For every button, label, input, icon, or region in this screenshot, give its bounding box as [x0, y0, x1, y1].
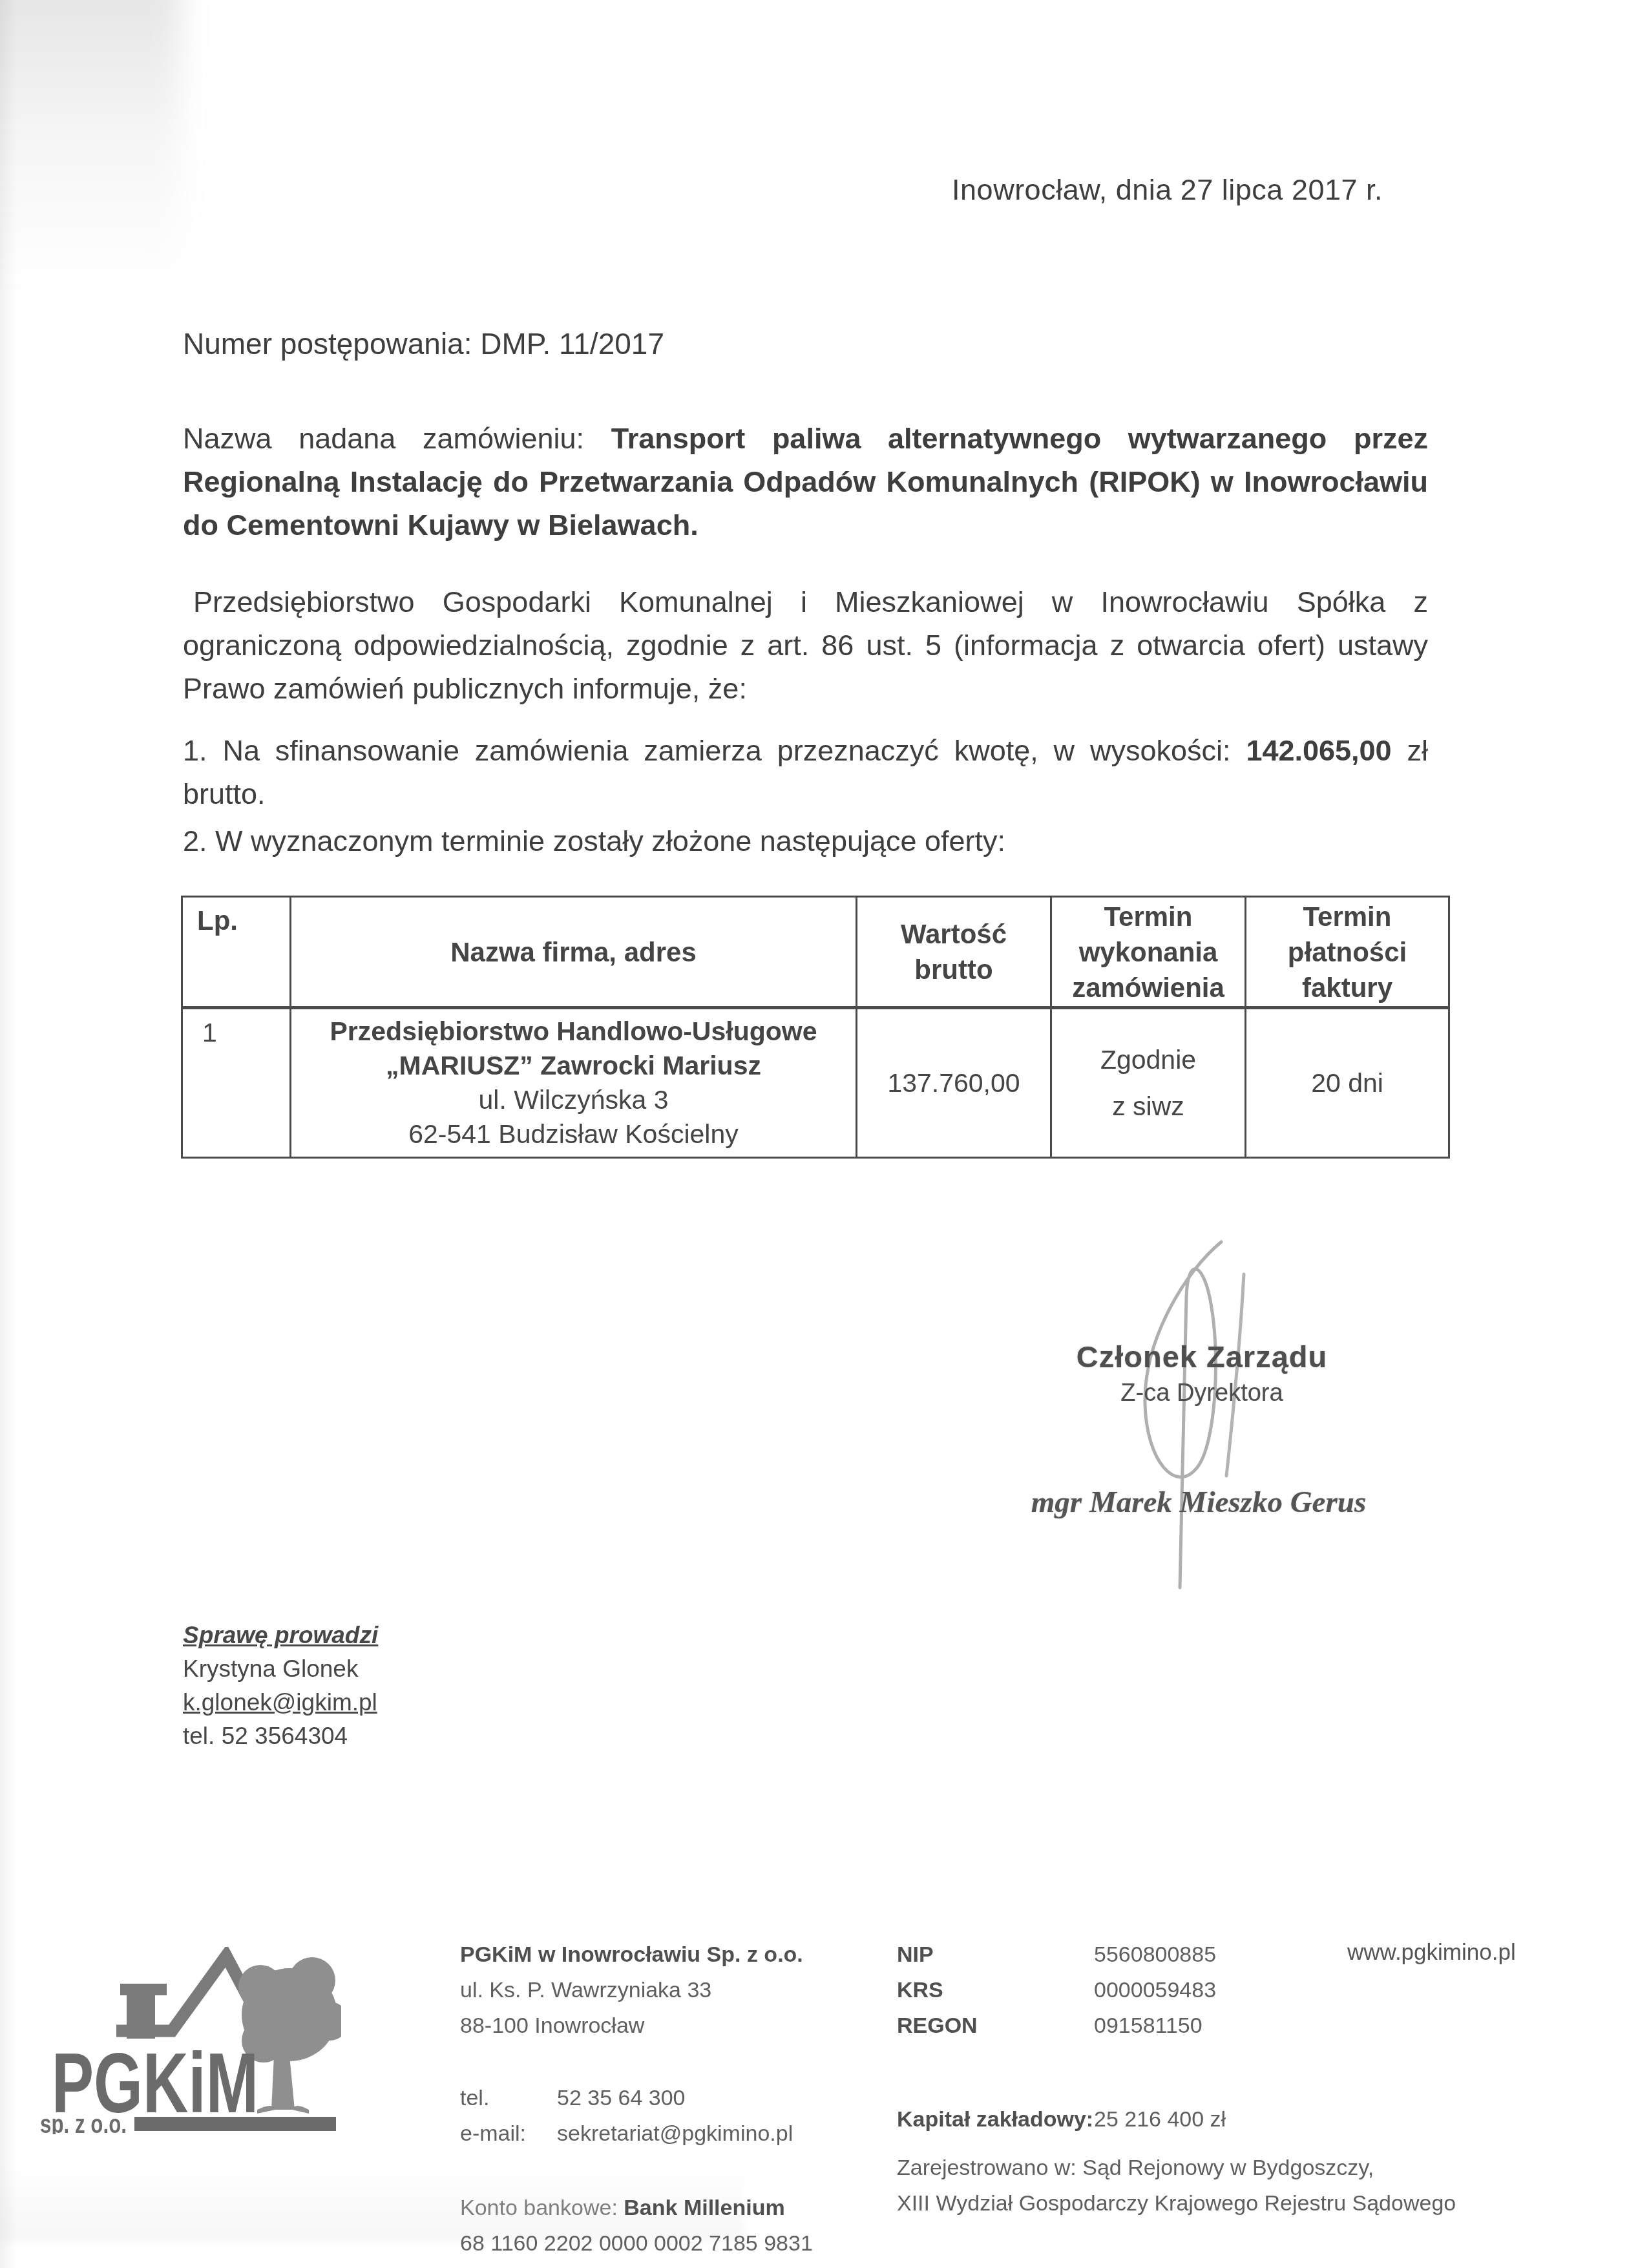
handwritten-signature — [1124, 1235, 1331, 1597]
scanned-letter-page: Inowrocław, dnia 27 lipca 2017 r. Numer … — [0, 0, 1649, 2268]
offers-table: Lp. Nazwa firma, adres Wartość brutto Te… — [181, 896, 1450, 1159]
stamp-subtitle: Z-ca Dyrektora — [1066, 1380, 1338, 1407]
logo-bar — [134, 2117, 336, 2131]
footer-spacer — [897, 2137, 1491, 2150]
header-payment-term: Termin płatności faktury — [1246, 897, 1449, 1008]
house-icon — [116, 1956, 260, 2039]
footer-email-value: sekretariat@pgkimino.pl — [557, 2116, 793, 2152]
point-2-paragraph: 2. W wyznaczonym terminie zostały złożon… — [183, 819, 1428, 863]
header-completion-term-line3: zamówienia — [1052, 970, 1245, 1005]
offer-company-address: Przedsiębiorstwo Handlowo-Usługowe „MARI… — [291, 1008, 857, 1158]
footer-spacer — [897, 2044, 1491, 2102]
header-completion-term: Termin wykonania zamówienia — [1051, 897, 1246, 1008]
intro-paragraph: Przedsiębiorstwo Gospodarki Komunalnej i… — [183, 580, 1428, 710]
footer-address-column: PGKiM w Inowrocławiu Sp. z o.o. ul. Ks. … — [460, 1937, 887, 2262]
offer-company-street: ul. Wilczyńska 3 — [291, 1083, 856, 1117]
header-company-line: Nazwa firma, adres — [291, 934, 856, 970]
case-officer-email: k.glonek@igkim.pl — [183, 1686, 378, 1719]
header-company: Nazwa firma, adres — [291, 897, 857, 1008]
offer-lp: 1 — [182, 1008, 291, 1158]
signer-name-stamp: mgr Marek Mieszko Gerus — [1027, 1485, 1370, 1520]
footer-registered-line2: XIII Wydział Gospodarczy Krajowego Rejes… — [897, 2186, 1491, 2221]
header-gross-value-line1: Wartość — [857, 916, 1050, 952]
offer-completion-term: Zgodnie z siwz — [1051, 1008, 1246, 1158]
header-lp: Lp. — [182, 897, 291, 1008]
header-completion-term-line2: wykonania — [1052, 934, 1245, 970]
offer-gross-value: 137.760,00 — [857, 1008, 1051, 1158]
footer-bank-account: 68 1160 2202 0000 0002 7185 9831 — [460, 2226, 887, 2262]
footer-website: www.pgkimino.pl — [1347, 1940, 1516, 1966]
footer-krs-label: KRS — [897, 1973, 1094, 2008]
case-number: Numer postępowania: DMP. 11/2017 — [183, 326, 664, 361]
header-payment-term-line1: Termin — [1246, 899, 1448, 934]
footer-capital-label: Kapitał zakładowy: — [897, 2102, 1094, 2137]
stamp-title: Członek Zarządu — [1066, 1339, 1338, 1374]
footer-krs-row: KRS 0000059483 — [897, 1973, 1491, 2008]
footer-regon-label: REGON — [897, 2008, 1094, 2044]
offer-table-row: 1 Przedsiębiorstwo Handlowo-Usługowe „MA… — [182, 1008, 1449, 1158]
footer-nip-label: NIP — [897, 1937, 1094, 1973]
offer-completion-term-line2: z siwz — [1052, 1083, 1245, 1129]
order-name-paragraph: Nazwa nadana zamówieniu: Transport paliw… — [183, 417, 1428, 547]
footer-bank-name: Bank Millenium — [624, 2196, 784, 2220]
point-1-amount: 142.065,00 — [1246, 734, 1391, 767]
logo-subtext: sp. z o.o. — [40, 2110, 127, 2134]
header-gross-value-line2: brutto — [857, 952, 1050, 987]
footer-capital-row: Kapitał zakładowy: 25 216 400 zł — [897, 2102, 1491, 2137]
footer-krs-value: 0000059483 — [1094, 1973, 1216, 2008]
footer-registry-column: NIP 5560800885 KRS 0000059483 REGON 0915… — [897, 1937, 1491, 2221]
footer-nip-value: 5560800885 — [1094, 1937, 1216, 1973]
header-payment-term-line2: płatności — [1246, 934, 1448, 970]
point-1-paragraph: 1. Na sfinansowanie zamówienia zamierza … — [183, 729, 1428, 815]
offer-payment-term: 20 dni — [1246, 1008, 1449, 1158]
case-officer-block: Sprawę prowadzi Krystyna Glonek k.glonek… — [183, 1619, 378, 1753]
footer-city: 88-100 Inowrocław — [460, 2008, 887, 2044]
header-gross-value: Wartość brutto — [857, 897, 1051, 1008]
scan-edge-shadow — [0, 0, 17, 2268]
date-line: Inowrocław, dnia 27 lipca 2017 r. — [952, 173, 1383, 207]
offer-company-name-line1: Przedsiębiorstwo Handlowo-Usługowe — [291, 1014, 856, 1049]
footer-phone-label: tel. — [460, 2081, 557, 2116]
footer-company-name: PGKiM w Inowrocławiu Sp. z o.o. — [460, 1937, 887, 1973]
offer-completion-term-line1: Zgodnie — [1052, 1036, 1245, 1083]
case-officer-name: Krystyna Glonek — [183, 1652, 378, 1686]
offers-table-header-row: Lp. Nazwa firma, adres Wartość brutto Te… — [182, 897, 1449, 1008]
header-lp-line: Lp. — [197, 903, 289, 938]
header-payment-term-line3: faktury — [1246, 970, 1448, 1005]
footer-regon-row: REGON 091581150 — [897, 2008, 1491, 2044]
footer-spacer — [460, 2044, 887, 2081]
footer-spacer — [460, 2152, 887, 2190]
order-name-label: Nazwa nadana zamówieniu: — [183, 422, 611, 455]
offer-company-city: 62-541 Budzisław Kościelny — [291, 1117, 856, 1151]
case-officer-phone: tel. 52 3564304 — [183, 1719, 378, 1753]
position-stamp: Członek Zarządu Z-ca Dyrektora — [1066, 1339, 1338, 1407]
footer-bank-row: Konto bankowe: Bank Millenium — [460, 2190, 887, 2226]
footer-registered-line1: Zarejestrowano w: Sąd Rejonowy w Bydgosz… — [897, 2150, 1491, 2186]
footer-regon-value: 091581150 — [1094, 2008, 1203, 2044]
offer-company-name-line2: „MARIUSZ” Zawrocki Mariusz — [291, 1049, 856, 1083]
footer-phone-row: tel. 52 35 64 300 — [460, 2081, 887, 2116]
case-officer-heading: Sprawę prowadzi — [183, 1619, 378, 1652]
footer-email-row: e-mail: sekretariat@pgkimino.pl — [460, 2116, 887, 2152]
footer-street: ul. Ks. P. Wawrzyniaka 33 — [460, 1973, 887, 2008]
footer-phone-value: 52 35 64 300 — [557, 2081, 686, 2116]
footer-bank-label: Konto bankowe: — [460, 2196, 618, 2220]
header-completion-term-line1: Termin — [1052, 899, 1245, 934]
footer-capital-value: 25 216 400 zł — [1094, 2102, 1226, 2137]
point-1-text: 1. Na sfinansowanie zamówienia zamierza … — [183, 734, 1246, 767]
pgkim-logo: PGKiM sp. z o.o. — [37, 1947, 341, 2134]
footer-email-label: e-mail: — [460, 2116, 557, 2152]
scan-smudge-artifact — [0, 0, 181, 368]
